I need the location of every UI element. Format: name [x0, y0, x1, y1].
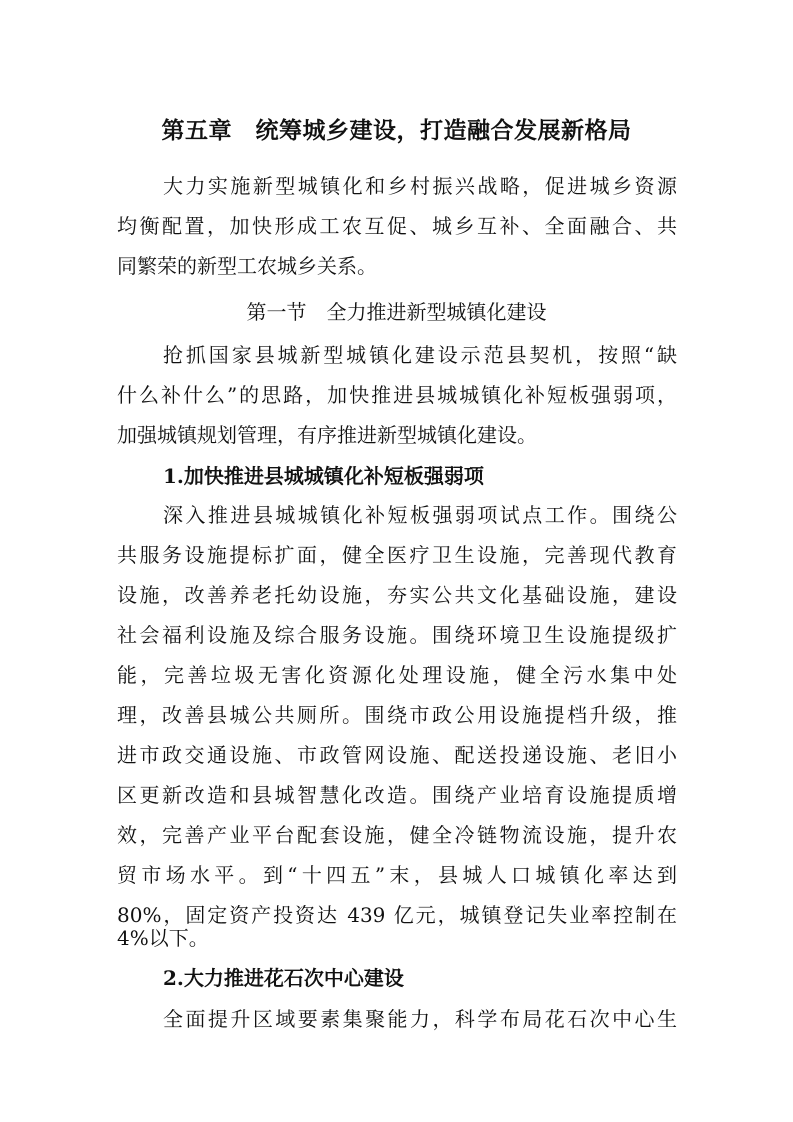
paragraph-line: 社会福利设施及综合服务设施。围绕环境卫生设施提级扩	[117, 620, 677, 650]
paragraph-line: 理，改善县城公共厕所。围绕市政公用设施提档升级，推	[117, 700, 677, 730]
intro-paragraph-line: 大力实施新型城镇化和乡村振兴战略，促进城乡资源	[163, 171, 677, 201]
section-intro-line: 抢抓国家县城新型城镇化建设示范县契机，按照“缺	[163, 340, 677, 370]
paragraph-line: 4%以下。	[117, 923, 677, 953]
paragraph-line: 全面提升区域要素集聚能力，科学布局花石次中心生	[163, 1004, 677, 1034]
section-title: 第一节 全力推进新型城镇化建设	[0, 296, 793, 325]
paragraph-line: 进市政交通设施、市政管网设施、配送投递设施、老旧小	[117, 740, 677, 770]
intro-paragraph-line: 同繁荣的新型工农城乡关系。	[117, 251, 677, 281]
chapter-title: 第五章 统筹城乡建设，打造融合发展新格局	[0, 112, 793, 145]
paragraph-line: 效，完善产业平台配套设施，健全冷链物流设施，提升农	[117, 820, 677, 850]
paragraph-line: 共服务设施提标扩面，健全医疗卫生设施，完善现代教育	[117, 540, 677, 570]
document-page: 第五章 统筹城乡建设，打造融合发展新格局 大力实施新型城镇化和乡村振兴战略，促进…	[0, 0, 793, 1122]
intro-paragraph-line: 均衡配置，加快形成工农互促、城乡互补、全面融合、共	[117, 211, 677, 241]
paragraph-line: 设施，改善养老托幼设施，夯实公共文化基础设施，建设	[117, 580, 677, 610]
paragraph-line: 能，完善垃圾无害化资源化处理设施，健全污水集中处	[117, 660, 677, 690]
section-intro-line: 加强城镇规划管理，有序推进新型城镇化建设。	[117, 420, 677, 450]
subsection-heading: 1.加快推进县城城镇化补短板强弱项	[163, 460, 484, 489]
paragraph-line: 贸市场水平。到“十四五”末，县城人口城镇化率达到	[117, 860, 677, 890]
subsection-heading: 2.大力推进花石次中心建设	[163, 962, 404, 991]
paragraph-line: 深入推进县城城镇化补短板强弱项试点工作。围绕公	[163, 500, 677, 530]
paragraph-line: 区更新改造和县城智慧化改造。围绕产业培育设施提质增	[117, 780, 677, 810]
section-intro-line: 什么补什么”的思路，加快推进县城城镇化补短板强弱项，	[117, 380, 677, 410]
